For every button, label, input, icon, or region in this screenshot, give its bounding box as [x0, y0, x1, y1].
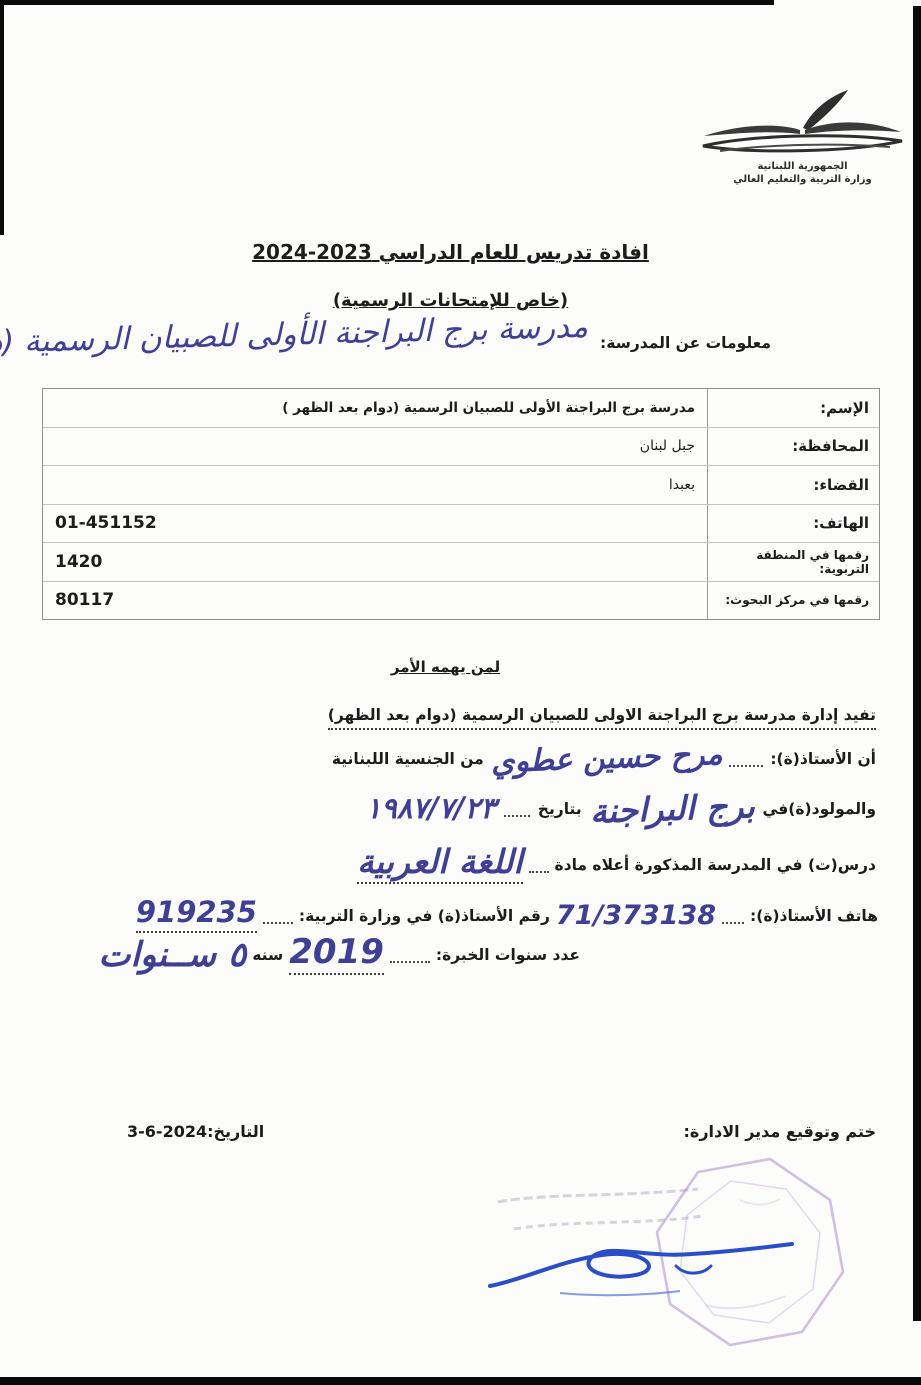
experience-duration-handwritten: ٥ ســنوات: [98, 938, 246, 972]
ministry-number-handwritten: 919235: [136, 898, 257, 933]
row-label: القضاء:: [707, 466, 879, 504]
experience-year-handwritten: 2019: [289, 935, 384, 975]
ministry-emblem: الجمهورية اللبنانية وزارة التربية والتعل…: [695, 88, 910, 186]
scanned-teaching-certificate: الجمهورية اللبنانية وزارة التربية والتعل…: [0, 0, 921, 1385]
table-row: رقمها في المنطقة التربوية: 1420: [43, 542, 879, 581]
dotted-leader: [729, 751, 763, 767]
subject-handwritten: اللغة العربية: [357, 845, 522, 884]
row-label: المحافظة:: [707, 428, 879, 466]
certify-line: تفيد إدارة مدرسة برج البراجنة الاولى للص…: [328, 706, 876, 730]
nationality-text: من الجنسية اللبنانية: [332, 750, 484, 768]
taught-label: درس(ت) في المدرسة المذكورة أعلاه مادة: [555, 856, 877, 874]
director-signature-icon: [490, 1244, 792, 1295]
certify-text: تفيد إدارة مدرسة برج البراجنة الاولى للص…: [328, 706, 876, 730]
teacher-phone-label: هاتف الأستاذ(ة):: [750, 907, 878, 925]
table-row: الإسم: مدرسة برج البراجنة الأولى للصبيان…: [43, 389, 879, 427]
row-value: 01-451152: [43, 505, 707, 543]
dotted-leader: [390, 947, 430, 963]
ministry-caption: وزارة التربية والتعليم العالي: [695, 173, 910, 186]
salutation-line: لمن يهمه الأمر: [0, 658, 891, 676]
table-row: الهاتف: 01-451152: [43, 504, 879, 543]
row-value: 80117: [43, 582, 707, 620]
scan-edge-bottom: [0, 1377, 921, 1385]
school-info-table: الإسم: مدرسة برج البراجنة الأولى للصبيان…: [42, 388, 880, 620]
teacher-line: أن الأستاذ(ة): مرح حسين عطوي من الجنسية …: [332, 744, 876, 774]
table-row: المحافظة: جبل لبنان: [43, 427, 879, 466]
open-book-icon: [700, 88, 905, 160]
dotted-leader: [722, 908, 744, 924]
row-value: 1420: [43, 543, 707, 581]
experience-line: عدد سنوات الخبرة: 2019 سنه ٥ ســنوات: [98, 935, 580, 975]
republic-caption: الجمهورية اللبنانية: [695, 160, 910, 173]
birth-line: والمولود(ة)في برج البراجنة بتاريخ ١٩٨٧/٧…: [366, 792, 876, 825]
row-value: مدرسة برج البراجنة الأولى للصبيان الرسمي…: [43, 389, 707, 427]
director-stamp-and-signature: [440, 1145, 920, 1360]
scan-edge-right: [913, 6, 921, 1321]
stamp-signature-label: ختم وتوقيع مدير الادارة:: [684, 1122, 877, 1141]
birthplace-handwritten: برج البراجنة: [589, 789, 755, 828]
row-label: رقمها في المنطقة التربوية:: [707, 543, 879, 581]
row-label: الهاتف:: [707, 505, 879, 543]
school-name-handwritten: مدرسة برج البراجنة الأولى للصبيان الرسمي…: [0, 308, 588, 363]
row-value: بعبدا: [43, 466, 707, 504]
experience-label: عدد سنوات الخبرة:: [436, 946, 580, 964]
row-label: رقمها في مركز البحوث:: [707, 582, 879, 620]
subject-line: درس(ت) في المدرسة المذكورة أعلاه مادة ال…: [357, 845, 876, 884]
table-row: القضاء: بعبدا: [43, 465, 879, 504]
birthdate-handwritten: ١٩٨٧/٧/٢٣: [366, 794, 496, 823]
octagon-stamp-icon: [657, 1159, 843, 1345]
teacher-phone-handwritten: 71/373138: [556, 902, 716, 929]
phone-line: هاتف الأستاذ(ة): 71/373138 رقم الأستاذ(ة…: [136, 898, 878, 933]
row-label: الإسم:: [707, 389, 879, 427]
row-value: جبل لبنان: [43, 428, 707, 466]
dotted-leader: [504, 801, 530, 817]
school-info-line: معلومات عن المدرسة: مدرسة برج البراجنة ا…: [0, 318, 771, 353]
scan-edge-top: [0, 0, 774, 5]
experience-unit: سنه: [252, 946, 283, 964]
document-subtitle: (خاص للإمتحانات الرسمية): [0, 290, 901, 311]
table-row: رقمها في مركز البحوث: 80117: [43, 581, 879, 620]
teacher-name-handwritten: مرح حسين عطوي: [490, 740, 722, 778]
born-label: والمولود(ة)في: [762, 800, 876, 818]
teacher-label: أن الأستاذ(ة):: [770, 750, 876, 768]
document-date: التاريخ:2024-6-3: [127, 1122, 264, 1141]
dotted-leader: [529, 857, 549, 873]
dotted-leader: [263, 908, 293, 924]
school-info-label: معلومات عن المدرسة:: [600, 318, 771, 352]
scan-edge-left: [0, 0, 4, 235]
document-title: افادة تدريس للعام الدراسي 2023-2024: [0, 240, 901, 264]
ministry-number-label: رقم الأستاذ(ة) في وزارة التربية:: [299, 907, 550, 925]
birthdate-label: بتاريخ: [538, 800, 582, 818]
